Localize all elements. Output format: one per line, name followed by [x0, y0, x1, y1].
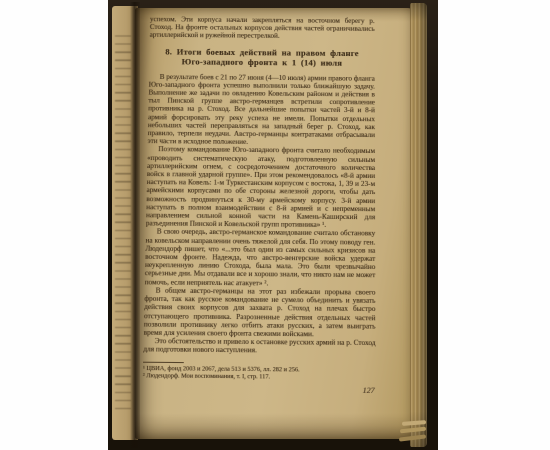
footnote-separator	[143, 361, 184, 362]
facing-page-blurred-text	[115, 34, 131, 414]
page-number: 127	[142, 385, 375, 396]
body-paragraph: Это обстоятельство и привело к остановке…	[143, 337, 375, 356]
body-paragraph: В общем австро-германцы на этот раз избе…	[144, 286, 376, 339]
book-photo: успехом. Эти корпуса начали закрепляться…	[0, 0, 550, 450]
continuation-paragraph: успехом. Эти корпуса начали закрепляться…	[150, 15, 375, 41]
body-paragraph: В свою очередь, австро-германское команд…	[145, 228, 376, 288]
page-text-block: успехом. Эти корпуса начали закрепляться…	[142, 15, 375, 395]
body-paragraph: В результате боев с 21 по 27 июня (4—10 …	[147, 73, 375, 148]
fore-edge-pages	[410, 3, 427, 447]
section-heading: 8. Итоги боевых действий на правом фланг…	[160, 46, 363, 67]
book-page: успехом. Эти корпуса начали закрепляться…	[135, 8, 413, 439]
body-paragraph: Поэтому командование Юго-западного фронт…	[146, 145, 375, 229]
footnote: ² Людендорф. Мои воспоминания, т. I, стр…	[143, 372, 376, 382]
